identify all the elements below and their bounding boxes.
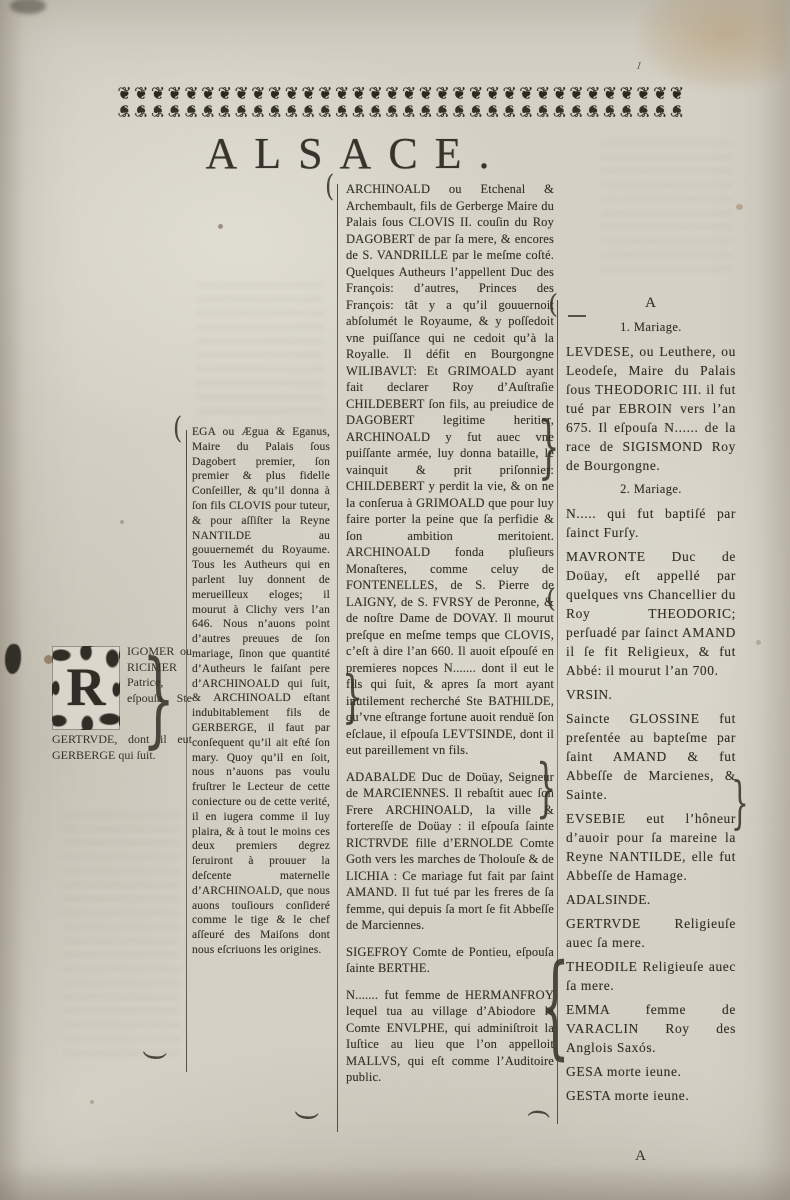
entry-glossine: Saincte GLOSSINE fut preſentée au bapteſ… xyxy=(566,709,736,804)
entry-adalsinde: ADALSINDE. xyxy=(566,890,736,909)
woodcut-initial-R: R xyxy=(52,646,120,730)
signature-mark: A xyxy=(566,1148,716,1165)
paper-stain-top-right xyxy=(638,0,788,90)
entry-gesa: GESA morte ieune. xyxy=(566,1062,736,1081)
entry-gesta: GESTA morte ieune. xyxy=(566,1086,736,1105)
entry-vrsin: VRSIN. xyxy=(566,685,736,704)
bleedthrough-smudge xyxy=(600,140,732,280)
paper-speck xyxy=(756,640,761,645)
label-second-marriage: 2. Mariage. xyxy=(566,480,736,499)
paper-smudge-top-left xyxy=(10,0,46,14)
paragraph-archinoald: ARCHINOALD ou Etchenal & Archembault, fi… xyxy=(346,181,554,759)
page-title: ALSACE. xyxy=(116,128,596,179)
genealogy-brace: ( xyxy=(527,1108,552,1119)
paragraph-sigefroy: SIGEFROY Comte de Pontieu, eſpouſa ſaint… xyxy=(346,944,554,977)
entry-theodile: THEODILE Religieuſe auec ſa mere. xyxy=(566,957,736,995)
bleedthrough-smudge xyxy=(62,812,180,1060)
genealogy-brace: ) xyxy=(141,1050,168,1062)
paragraph-ega: EGA ou Ægua & Eganus, Maire du Palais ſo… xyxy=(192,425,330,958)
bleedthrough-smudge xyxy=(196,282,324,422)
paper-speck xyxy=(736,204,743,210)
label-first-marriage: 1. Mariage. xyxy=(566,318,736,337)
entry-evsebie: EVSEBIE eut l’hôneur d’auoir pour ſa mar… xyxy=(566,809,736,885)
initial-letter: R xyxy=(53,647,119,729)
column-left: EGA ou Ægua & Eganus, Maire du Palais ſo… xyxy=(192,425,330,958)
genealogy-brace: ( xyxy=(325,172,334,202)
entry-emma: EMMA femme de VARACLIN Roy des Anglois S… xyxy=(566,1000,736,1057)
entry-leudese: LEVDESE, ou Leuthere, ou Leodeſe, Maire … xyxy=(566,342,736,475)
genealogy-brace: ) xyxy=(293,1110,320,1122)
entry-gertrvde: GERTRVDE Religieuſe auec ſa mere. xyxy=(566,914,736,952)
entry-mavronte: MAVRONTE Duc de Doüay, eſt appellé par q… xyxy=(566,547,736,680)
column-rule-middle xyxy=(337,184,338,1132)
paper-speck xyxy=(120,520,124,524)
paper-speck xyxy=(218,224,223,229)
column-middle: ARCHINOALD ou Etchenal & Archembault, fi… xyxy=(346,181,554,1086)
margin-note-rigomer: R IGOMER ou RICIMER Patrice, eſpouſa Ste… xyxy=(52,644,192,763)
entry-n-fursy: N..... qui fut baptiſé par ſainct Furſy. xyxy=(566,504,736,542)
genealogy-brace: ( xyxy=(173,414,182,444)
fleuron-ornament-band: ❦❦❦❦❦❦❦❦❦❦❦❦❦❦❦❦❦❦❦❦❦❦❦❦❦❦❦❦❦❦❦❦❦❦ ❦❦❦❦❦… xyxy=(58,84,746,120)
book-page: ❦❦❦❦❦❦❦❦❦❦❦❦❦❦❦❦❦❦❦❦❦❦❦❦❦❦❦❦❦❦❦❦❦❦ ❦❦❦❦❦… xyxy=(0,0,790,1200)
fleuron-ornament-row: ❦❦❦❦❦❦❦❦❦❦❦❦❦❦❦❦❦❦❦❦❦❦❦❦❦❦❦❦❦❦❦❦❦❦ xyxy=(58,100,746,120)
paragraph-adabalde: ADABALDE Duc de Doüay, Seigneur de MARCI… xyxy=(346,769,554,934)
paper-speck xyxy=(90,1100,94,1104)
section-heading-a: A xyxy=(566,294,736,313)
column-right: A 1. Mariage. LEVDESE, ou Leuthere, ou L… xyxy=(566,294,736,1105)
ink-blot-left-edge xyxy=(5,644,21,674)
paragraph-hermanfroy: N....... fut femme de HERMANFROY lequel … xyxy=(346,987,554,1086)
